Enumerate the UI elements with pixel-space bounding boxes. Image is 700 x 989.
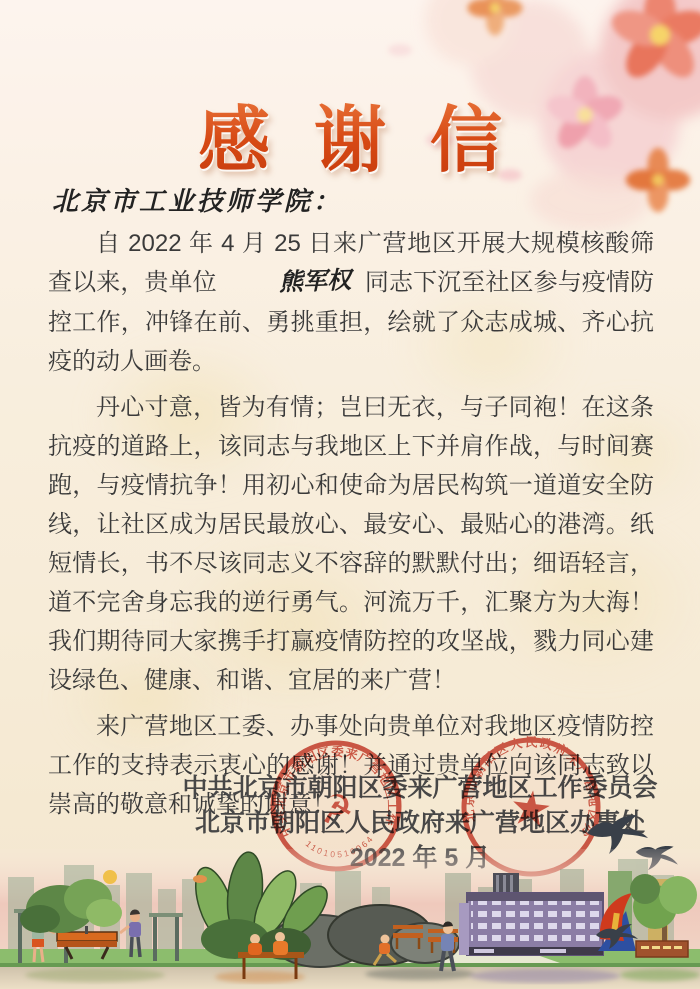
park-sign xyxy=(636,941,688,957)
paragraph-1: 自 2022 年 4 月 25 日来广营地区开展大规模核酸筛查以来，贵单位熊军权… xyxy=(48,224,654,381)
handwritten-name: 熊军权 xyxy=(230,262,351,305)
butterfly-icon xyxy=(193,875,207,883)
park-scene-illustration xyxy=(0,849,700,989)
letter-title: 感谢信 xyxy=(0,82,700,186)
petal-icon xyxy=(388,44,412,56)
party-emblem-icon: ☭ xyxy=(317,787,357,833)
paragraph-2: 丹心寸意，皆为有情；岂曰无衣，与子同袍！在这条抗疫的道路上，该同志与我地区上下并… xyxy=(48,388,654,700)
star-icon: ★ xyxy=(506,781,555,839)
letter-salutation: 北京市工业技师学院： xyxy=(52,181,342,218)
yellow-flower-icon xyxy=(103,870,117,884)
lawn-edge xyxy=(0,963,700,967)
thank-you-letter-page: 感谢信 北京市工业技师学院： 自 2022 年 4 月 25 日来广营地区开展大… xyxy=(0,0,700,989)
